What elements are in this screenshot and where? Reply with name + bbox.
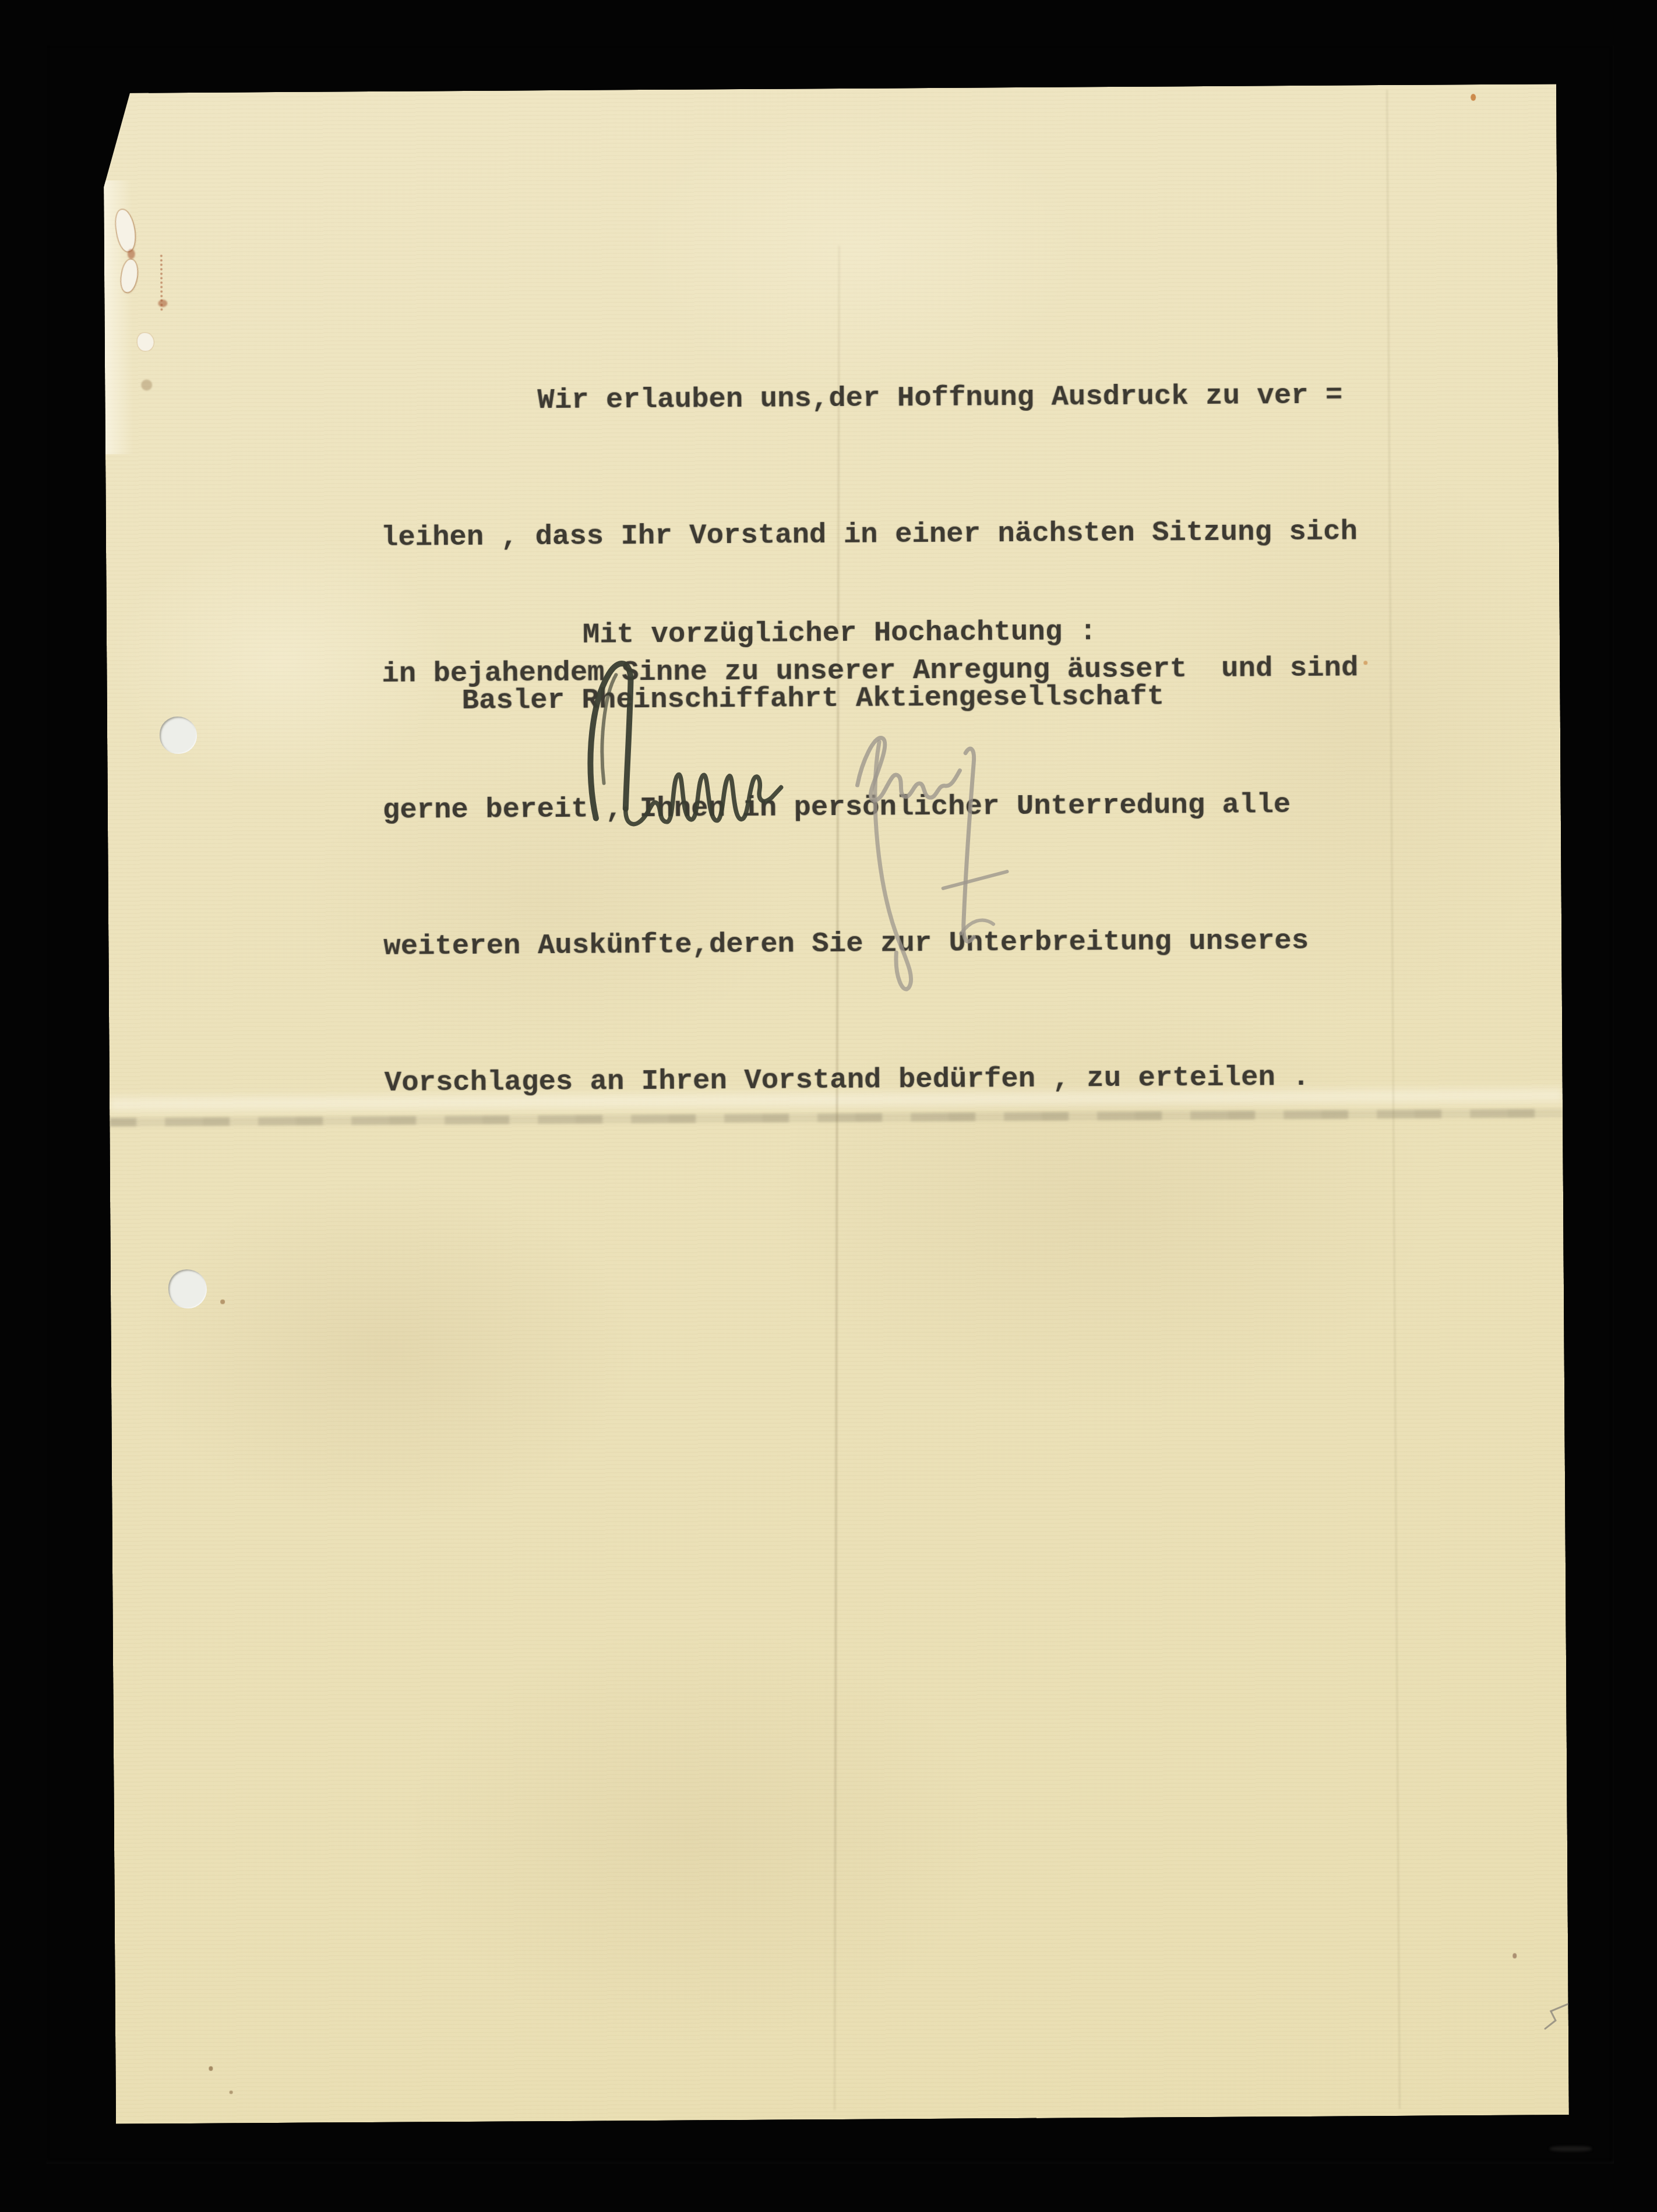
rust-stain <box>128 249 135 259</box>
punch-hole-top <box>160 717 197 754</box>
ink-signature <box>580 652 814 841</box>
torn-spot <box>138 333 154 351</box>
mat-edge-smudge <box>1550 2146 1592 2151</box>
scan-background: Wir erlauben uns,der Hoffnung Ausdruck z… <box>0 0 1657 2212</box>
dust-speck <box>1471 94 1476 101</box>
dust-speck <box>230 2091 233 2094</box>
dust-speck <box>1513 1953 1517 1959</box>
brown-stain <box>141 379 152 390</box>
dust-speck <box>1363 661 1367 665</box>
dust-speck <box>209 2066 213 2071</box>
pencil-signature <box>845 715 1022 996</box>
body-line: leihen , dass Ihr Vorstand in einer näch… <box>381 509 1358 560</box>
body-line: Wir erlauben uns,der Hoffnung Ausdruck z… <box>380 372 1357 424</box>
punch-hole-bottom <box>168 1269 207 1308</box>
body-line: Vorschlages an Ihren Vorstand bedürfen ,… <box>385 1054 1362 1106</box>
dust-speck <box>220 1300 225 1304</box>
pencil-zigzag-mark <box>1543 1998 1579 2031</box>
rust-stain <box>158 299 167 307</box>
letter-page: Wir erlauben uns,der Hoffnung Ausdruck z… <box>103 84 1569 2124</box>
archive-mat-board: Wir erlauben uns,der Hoffnung Ausdruck z… <box>47 45 1614 2164</box>
closing-salutation: Mit vorzüglicher Hochachtung : <box>583 609 1097 658</box>
